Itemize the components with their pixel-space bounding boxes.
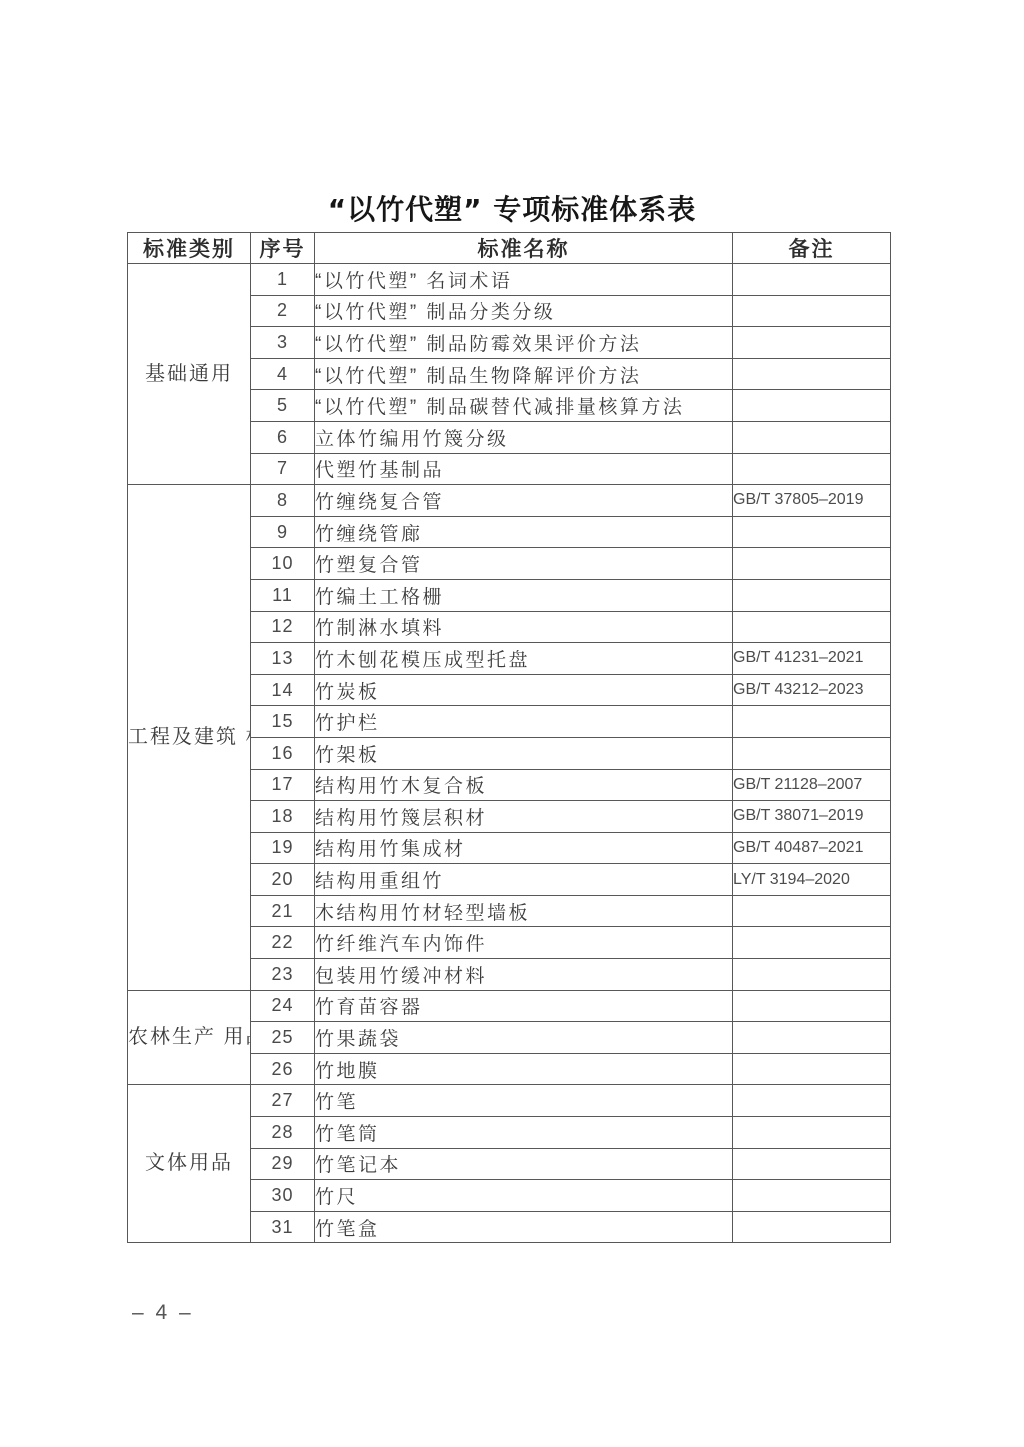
standard-name-cell: 包装用竹缓冲材料	[315, 959, 733, 991]
serial-number-cell: 22	[251, 927, 315, 959]
serial-number-cell: 3	[251, 327, 315, 359]
remark-cell	[733, 1211, 891, 1243]
serial-number-cell: 13	[251, 643, 315, 675]
standard-name-cell: 木结构用竹材轻型墙板	[315, 895, 733, 927]
serial-number-cell: 15	[251, 706, 315, 738]
remark-cell	[733, 737, 891, 769]
serial-number-cell: 25	[251, 1022, 315, 1054]
remark-cell	[733, 579, 891, 611]
remark-cell	[733, 421, 891, 453]
remark-cell: GB/T 41231–2021	[733, 643, 891, 675]
remark-cell	[733, 1148, 891, 1180]
standard-name-cell: 竹缠绕复合管	[315, 485, 733, 517]
standard-name-cell: 竹塑复合管	[315, 548, 733, 580]
remark-cell	[733, 1053, 891, 1085]
serial-number-cell: 7	[251, 453, 315, 485]
serial-number-cell: 16	[251, 737, 315, 769]
table-header-row: 标准类别 序号 标准名称 备注	[128, 233, 891, 264]
serial-number-cell: 10	[251, 548, 315, 580]
standard-name-cell: 竹尺	[315, 1180, 733, 1212]
standard-name-cell: 竹炭板	[315, 674, 733, 706]
standard-name-cell: “以竹代塑” 制品防霉效果评价方法	[315, 327, 733, 359]
serial-number-cell: 19	[251, 832, 315, 864]
serial-number-cell: 24	[251, 990, 315, 1022]
document-page: “以竹代塑” 专项标准体系表 标准类别 序号 标准名称 备注 基础通用1“以竹代…	[0, 0, 1024, 1447]
remark-cell	[733, 959, 891, 991]
standards-table: 标准类别 序号 标准名称 备注 基础通用1“以竹代塑” 名词术语2“以竹代塑” …	[127, 232, 891, 1243]
header-category: 标准类别	[128, 233, 251, 264]
serial-number-cell: 18	[251, 801, 315, 833]
header-serial-number: 序号	[251, 233, 315, 264]
standard-name-cell: 竹地膜	[315, 1053, 733, 1085]
remark-cell: GB/T 37805–2019	[733, 485, 891, 517]
serial-number-cell: 6	[251, 421, 315, 453]
serial-number-cell: 14	[251, 674, 315, 706]
remark-cell: LY/T 3194–2020	[733, 864, 891, 896]
table-row: 工程及建筑 材料8竹缠绕复合管GB/T 37805–2019	[128, 485, 891, 517]
category-cell: 农林生产 用品	[128, 990, 251, 1085]
page-title: “以竹代塑” 专项标准体系表	[0, 188, 1024, 228]
serial-number-cell: 8	[251, 485, 315, 517]
serial-number-cell: 21	[251, 895, 315, 927]
serial-number-cell: 12	[251, 611, 315, 643]
serial-number-cell: 2	[251, 295, 315, 327]
standard-name-cell: 竹护栏	[315, 706, 733, 738]
standard-name-cell: 结构用竹篾层积材	[315, 801, 733, 833]
standard-name-cell: 竹架板	[315, 737, 733, 769]
header-remarks: 备注	[733, 233, 891, 264]
table-body: 基础通用1“以竹代塑” 名词术语2“以竹代塑” 制品分类分级3“以竹代塑” 制品…	[128, 264, 891, 1243]
standard-name-cell: 结构用竹木复合板	[315, 769, 733, 801]
table-row: 基础通用1“以竹代塑” 名词术语	[128, 264, 891, 296]
remark-cell	[733, 706, 891, 738]
standard-name-cell: 竹笔记本	[315, 1148, 733, 1180]
serial-number-cell: 17	[251, 769, 315, 801]
serial-number-cell: 5	[251, 390, 315, 422]
category-cell: 基础通用	[128, 264, 251, 485]
serial-number-cell: 4	[251, 358, 315, 390]
standard-name-cell: 结构用重组竹	[315, 864, 733, 896]
header-standard-name: 标准名称	[315, 233, 733, 264]
standard-name-cell: “以竹代塑” 制品分类分级	[315, 295, 733, 327]
remark-cell	[733, 927, 891, 959]
remark-cell	[733, 1117, 891, 1149]
remark-cell: GB/T 21128–2007	[733, 769, 891, 801]
standard-name-cell: 代塑竹基制品	[315, 453, 733, 485]
standard-name-cell: 竹笔盒	[315, 1211, 733, 1243]
standard-name-cell: “以竹代塑” 名词术语	[315, 264, 733, 296]
standard-name-cell: 竹木刨花模压成型托盘	[315, 643, 733, 675]
remark-cell	[733, 548, 891, 580]
remark-cell	[733, 264, 891, 296]
standard-name-cell: “以竹代塑” 制品碳替代减排量核算方法	[315, 390, 733, 422]
remark-cell	[733, 358, 891, 390]
remark-cell: GB/T 40487–2021	[733, 832, 891, 864]
standard-name-cell: 竹纤维汽车内饰件	[315, 927, 733, 959]
remark-cell	[733, 1180, 891, 1212]
serial-number-cell: 30	[251, 1180, 315, 1212]
remark-cell	[733, 990, 891, 1022]
remark-cell	[733, 611, 891, 643]
standard-name-cell: 立体竹编用竹篾分级	[315, 421, 733, 453]
serial-number-cell: 27	[251, 1085, 315, 1117]
serial-number-cell: 23	[251, 959, 315, 991]
remark-cell	[733, 1085, 891, 1117]
standard-name-cell: 竹育苗容器	[315, 990, 733, 1022]
serial-number-cell: 31	[251, 1211, 315, 1243]
category-cell: 工程及建筑 材料	[128, 485, 251, 991]
remark-cell: GB/T 43212–2023	[733, 674, 891, 706]
remark-cell	[733, 390, 891, 422]
table-row: 农林生产 用品24竹育苗容器	[128, 990, 891, 1022]
standard-name-cell: 结构用竹集成材	[315, 832, 733, 864]
category-cell: 文体用品	[128, 1085, 251, 1243]
serial-number-cell: 26	[251, 1053, 315, 1085]
standard-name-cell: 竹缠绕管廊	[315, 516, 733, 548]
remark-cell: GB/T 38071–2019	[733, 801, 891, 833]
serial-number-cell: 11	[251, 579, 315, 611]
standard-name-cell: 竹笔	[315, 1085, 733, 1117]
serial-number-cell: 20	[251, 864, 315, 896]
serial-number-cell: 1	[251, 264, 315, 296]
standard-name-cell: “以竹代塑” 制品生物降解评价方法	[315, 358, 733, 390]
standard-name-cell: 竹果蔬袋	[315, 1022, 733, 1054]
standard-name-cell: 竹笔筒	[315, 1117, 733, 1149]
table-row: 文体用品27竹笔	[128, 1085, 891, 1117]
standard-name-cell: 竹编土工格栅	[315, 579, 733, 611]
serial-number-cell: 28	[251, 1117, 315, 1149]
remark-cell	[733, 1022, 891, 1054]
standard-name-cell: 竹制淋水填料	[315, 611, 733, 643]
remark-cell	[733, 895, 891, 927]
page-number: – 4 –	[132, 1301, 194, 1325]
serial-number-cell: 9	[251, 516, 315, 548]
serial-number-cell: 29	[251, 1148, 315, 1180]
remark-cell	[733, 453, 891, 485]
remark-cell	[733, 295, 891, 327]
remark-cell	[733, 327, 891, 359]
remark-cell	[733, 516, 891, 548]
